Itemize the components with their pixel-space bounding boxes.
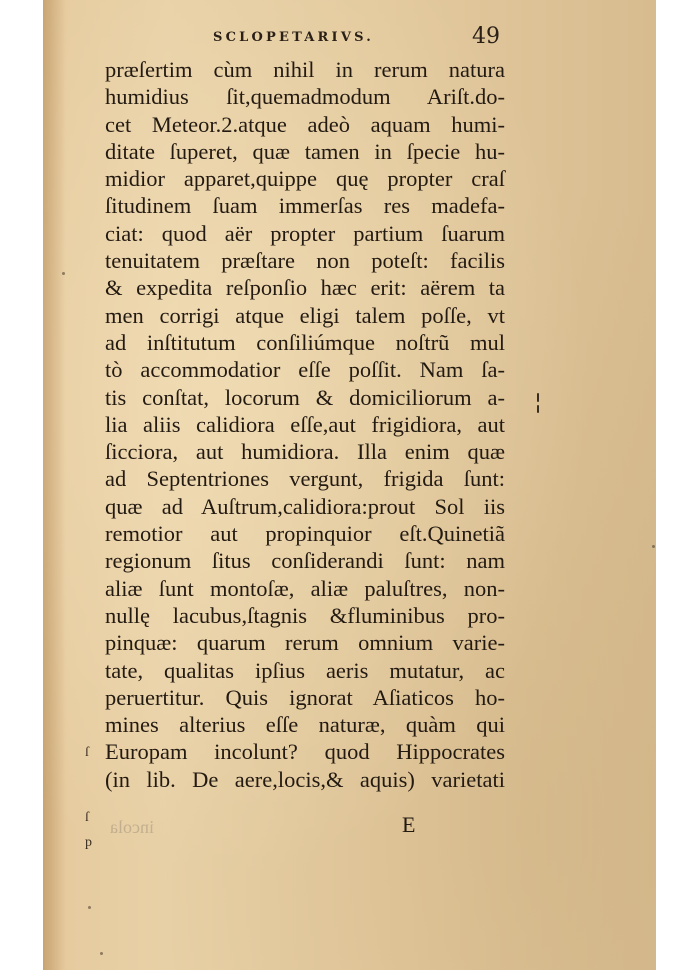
text-line: men corrigi atque eligi talem poſſe, vt xyxy=(105,302,505,329)
text-line: & expedita reſponſio hæc erit: aërem ta xyxy=(105,274,505,301)
text-line: ad inſtitutum conſiliúmque noſtrũ mul xyxy=(105,329,505,356)
text-line: (in lib. De aere,locis,& aquis) varietat… xyxy=(105,766,505,793)
text-line: remotior aut propinquior eſt.Quinetiã xyxy=(105,520,505,547)
page-number: 49 xyxy=(472,24,500,49)
running-title: SCLOPETARIVS. xyxy=(213,30,374,45)
bleed-through-text: incola xyxy=(110,817,154,838)
edge-mark: ſ xyxy=(85,745,89,761)
text-line: ſicciora, aut humidiora. Illa enim quæ xyxy=(105,438,505,465)
text-line: quæ ad Auſtrum,calidiora:prout Sol iis xyxy=(105,493,505,520)
text-line: pinquæ: quarum rerum omnium varie- xyxy=(105,629,505,656)
text-line: Europam incolunt? quod Hippocrates xyxy=(105,738,505,765)
text-line: tenuitatem præſtare non poteſt: facilis xyxy=(105,247,505,274)
text-line: ciat: quod aër propter partium ſuarum xyxy=(105,220,505,247)
text-line: tò accommodatior eſſe poſſit. Nam ſa- xyxy=(105,356,505,383)
paper-speck xyxy=(88,906,91,909)
text-line: midior apparet,quippe quę propter craſ xyxy=(105,165,505,192)
text-line: humidius ſit,quemadmodum Ariſt.do- xyxy=(105,83,505,110)
text-line: aliæ ſunt montoſæ, aliæ paluſtres, non- xyxy=(105,575,505,602)
margin-mark xyxy=(537,393,539,402)
text-line: tate, qualitas ipſius aeris mutatur, ac xyxy=(105,657,505,684)
text-line: regionum ſitus conſiderandi ſunt: nam xyxy=(105,547,505,574)
text-line: ditate ſuperet, quæ tamen in ſpecie hu- xyxy=(105,138,505,165)
text-line: tis conſtat, locorum & domiciliorum a- xyxy=(105,384,505,411)
text-line: peruertitur. Quis ignorat Aſiaticos ho- xyxy=(105,684,505,711)
paper-speck xyxy=(62,272,65,275)
edge-mark: p xyxy=(85,835,92,851)
paper-speck xyxy=(652,545,655,548)
text-line: lia aliis calidiora eſſe,aut frigidiora,… xyxy=(105,411,505,438)
text-line: ad Septentriones vergunt, frigida ſunt: xyxy=(105,465,505,492)
text-line: cet Meteor.2.atque adeò aquam humi- xyxy=(105,111,505,138)
paper-speck xyxy=(100,952,103,955)
margin-mark xyxy=(537,405,539,413)
text-line: nullę lacubus,ſtagnis &fluminibus pro- xyxy=(105,602,505,629)
text-line: mines alterius eſſe naturæ, quàm qui xyxy=(105,711,505,738)
page-header: SCLOPETARIVS. 49 xyxy=(105,22,500,52)
text-line: præſertim cùm nihil in rerum natura xyxy=(105,56,505,83)
signature-mark: E xyxy=(402,812,415,838)
gutter-shadow xyxy=(43,0,65,970)
body-text: præſertim cùm nihil in rerum natura humi… xyxy=(105,56,505,793)
text-line: ſitudinem ſuam immerſas res madefa- xyxy=(105,192,505,219)
edge-mark: ſ xyxy=(85,810,89,826)
